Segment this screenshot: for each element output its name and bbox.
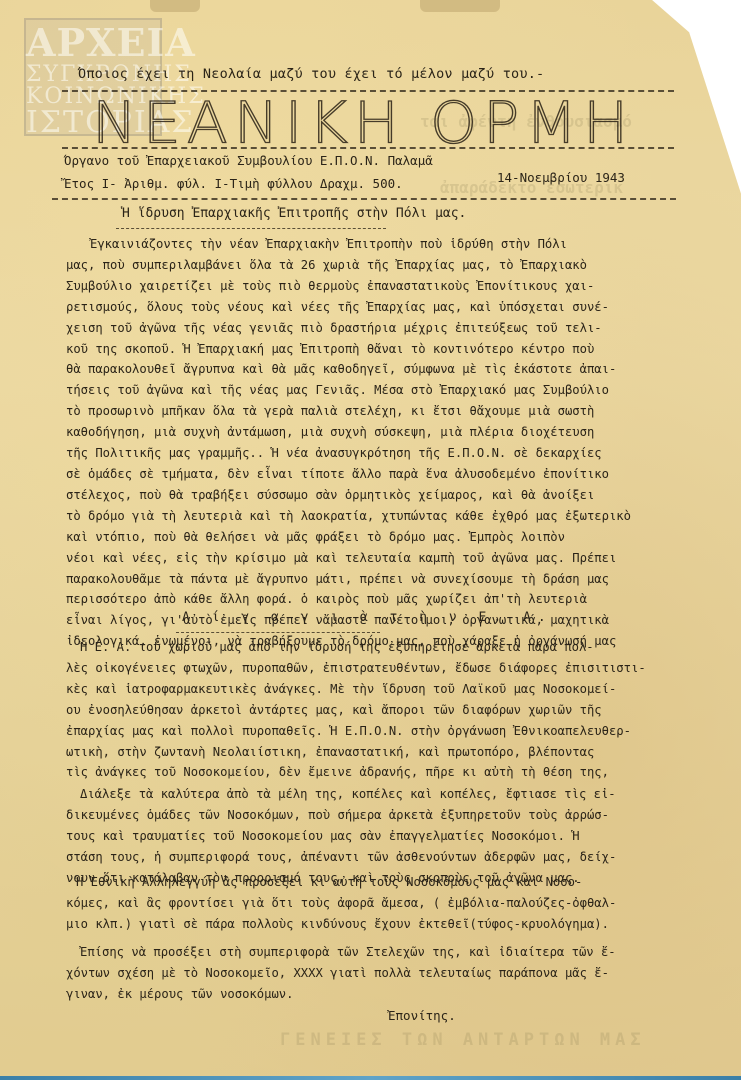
tape-strip (150, 0, 200, 12)
bleed-through-text: ΓΕΝΕΙΕΣ ΤΩΝ ΑΝΤΑΡΤΩΝ ΜΑΣ (280, 1030, 646, 1050)
text-line: τὸ δρόμο γιὰ τὴ λευτεριὰ καὶ τὴ λαοκρατί… (66, 506, 686, 527)
text-line: καὶ ντόπιο, ποὺ θὰ θελήσει νὰ μᾶς φράξει… (66, 527, 686, 548)
article-body: Ἐγκαινιάζοντες τὴν νέαν Ἐπαρχιακὴν Ἐπιτρ… (66, 234, 686, 652)
text-line: τους καὶ τραυματίες τοῦ Νοσοκομείου μας … (66, 826, 686, 847)
text-line: ἐπαρχίας μας καὶ πολλοὶ πυροπαθεῖς. Ἡ Ε.… (66, 721, 686, 742)
text-line: κοῦ της σκοποῦ. Ἡ Ἐπαρχιακή μας Ἐπιτροπὴ… (66, 339, 686, 360)
text-line: λὲς οἰκογένειες φτωχῶν, πυροπαθῶν, ἐπιστ… (66, 658, 686, 679)
text-line: κόμες, καὶ ἂς φροντίσει γιὰ ὅτι τοὺς ἀφο… (66, 893, 686, 914)
text-line: τὸ προσωρινὸ μπῆκαν ὅλα τὰ γερὰ παλιὰ στ… (66, 401, 686, 422)
text-line: ου ἐνοσηλεύθησαν ἀρκετοὶ ἀντάρτες μας, κ… (66, 700, 686, 721)
text-line: χόντων σχέση μὲ τὸ Νοσοκομεῖο, XXXX γιατ… (66, 963, 686, 984)
text-line: στέλεχος, ποὺ θὰ τραβήξει σύσσωμο σὰν ὁρ… (66, 485, 686, 506)
title-underline (176, 632, 380, 633)
text-line: θὰ παρακολουθεῖ ἄγρυπνα καὶ θὰ μᾶς καθοδ… (66, 359, 686, 380)
divider-line (62, 147, 674, 149)
text-line: τῆς Πολιτικῆς μας γραμμῆς.. Ἡ νέα ἀνασυγ… (66, 443, 686, 464)
text-line: Ἡ Ἐθνικὴ Ἀλληλεγγύη ἂς προσέξει κι αὐτὴ … (66, 872, 686, 893)
text-line: Ἡ Ε. Α. τοῦ χωριοῦ μας ἀπὸ τὴν ἵδρυσή τη… (66, 637, 686, 658)
text-line: τὶς ἀνάγκες τοῦ Νοσοκομείου, δὲν ἔμεινε … (66, 762, 686, 783)
article-body: Ἐπίσης νὰ προσέξει στὴ συμπεριφορὰ τῶν Σ… (66, 942, 686, 1005)
text-line: Ἐπίσης νὰ προσέξει στὴ συμπεριφορὰ τῶν Σ… (66, 942, 686, 963)
title-underline (116, 228, 386, 229)
text-line: Διάλεξε τὰ καλύτερα ἀπὸ τὰ μέλη της, κοπ… (66, 784, 686, 805)
text-line: Συμβούλιο χαιρετίζει μὲ τοὺς πιὸ θερμοὺς… (66, 276, 686, 297)
tape-strip (420, 0, 500, 12)
text-line: τήσεις τοῦ ἀγῶνα καὶ τῆς νέας μας Γενιᾶς… (66, 380, 686, 401)
text-line: γιναν, ἐκ μέρους τῶν νοσοκόμων. (66, 984, 686, 1005)
text-line: μας, ποὺ συμπεριλαμβάνει ὅλα τὰ 26 χωριὰ… (66, 255, 686, 276)
text-line: νέοι καὶ νέες, εἰς τὴν κρίσιμο μὰ καὶ τε… (66, 548, 686, 569)
text-line: χειση τοῦ ἀγῶνα τῆς νέας γενιᾶς πιὸ δρασ… (66, 318, 686, 339)
text-line: καθοδήγηση, μιὰ συχνὴ ἀντάμωση, μιὰ συχν… (66, 422, 686, 443)
article-title: Λ ί γ α γ ι ὰ τ ὴ ν Ε. Α. (182, 610, 553, 625)
scan-border (0, 1076, 741, 1080)
text-line: μιο κλπ.) γιατὶ σὲ πάρα πολλοὺς κινδύνου… (66, 914, 686, 935)
text-line: κὲς καὶ ἱατροφαρμακευτικὲς ἀνάγκες. Μὲ τ… (66, 679, 686, 700)
issue-info: Ἔτος Ι- Ἀριθμ. φύλ. Ι-Τιμὴ φύλλου Δραχμ.… (64, 176, 403, 191)
text-line: ρετισμούς, ὅλους τοὺς νέους καὶ νέες τῆς… (66, 297, 686, 318)
author-signature: Ἐπονίτης. (388, 1008, 456, 1023)
watermark-line: ΑΡΧΕΙΑ (26, 24, 160, 62)
text-line: Ἐγκαινιάζοντες τὴν νέαν Ἐπαρχιακὴν Ἐπιτρ… (66, 234, 686, 255)
text-line: σὲ ὁμάδες σὲ τμήματα, δὲν εἶναι τίποτε ἄ… (66, 464, 686, 485)
text-line: στάση τους, ἡ συμπεριφορά τους, ἀπέναντι… (66, 847, 686, 868)
text-line: περισσότερο ἀπὸ κάθε ἄλλη φορά. ὁ καιρὸς… (66, 589, 686, 610)
article-body: Ἡ Ε. Α. τοῦ χωριοῦ μας ἀπὸ τὴν ἵδρυσή τη… (66, 637, 686, 783)
organ-subtitle: Όργανο τοῦ Ἐπαρχειακοῦ Συμβουλίου Ε.Π.Ο.… (64, 153, 433, 168)
issue-date: 14-Νοεμβρίου 1943 (497, 170, 625, 185)
divider-line (52, 198, 676, 200)
text-line: ωτικὴ, στὴν ζωντανὴ Νεολαιίστικη, ἐπανασ… (66, 742, 686, 763)
article-body: Ἡ Ἐθνικὴ Ἀλληλεγγύη ἂς προσέξει κι αὐτὴ … (66, 872, 686, 935)
text-line: παρακολουθᾶμε τὰ πάντα μὲ ἄγρυπνο μάτι, … (66, 569, 686, 590)
masthead-motto: Όποιος έχει τη Νεολαία μαζύ του έχει τό … (78, 66, 544, 82)
article-title: Ἡ ἵδρυση Ἐπαρχιακῆς Ἐπιτροπῆς στὴν Πόλι … (122, 206, 466, 221)
text-line: δικευμένες ὁμάδες τῶν Νοσοκόμων, ποὺ σήμ… (66, 805, 686, 826)
